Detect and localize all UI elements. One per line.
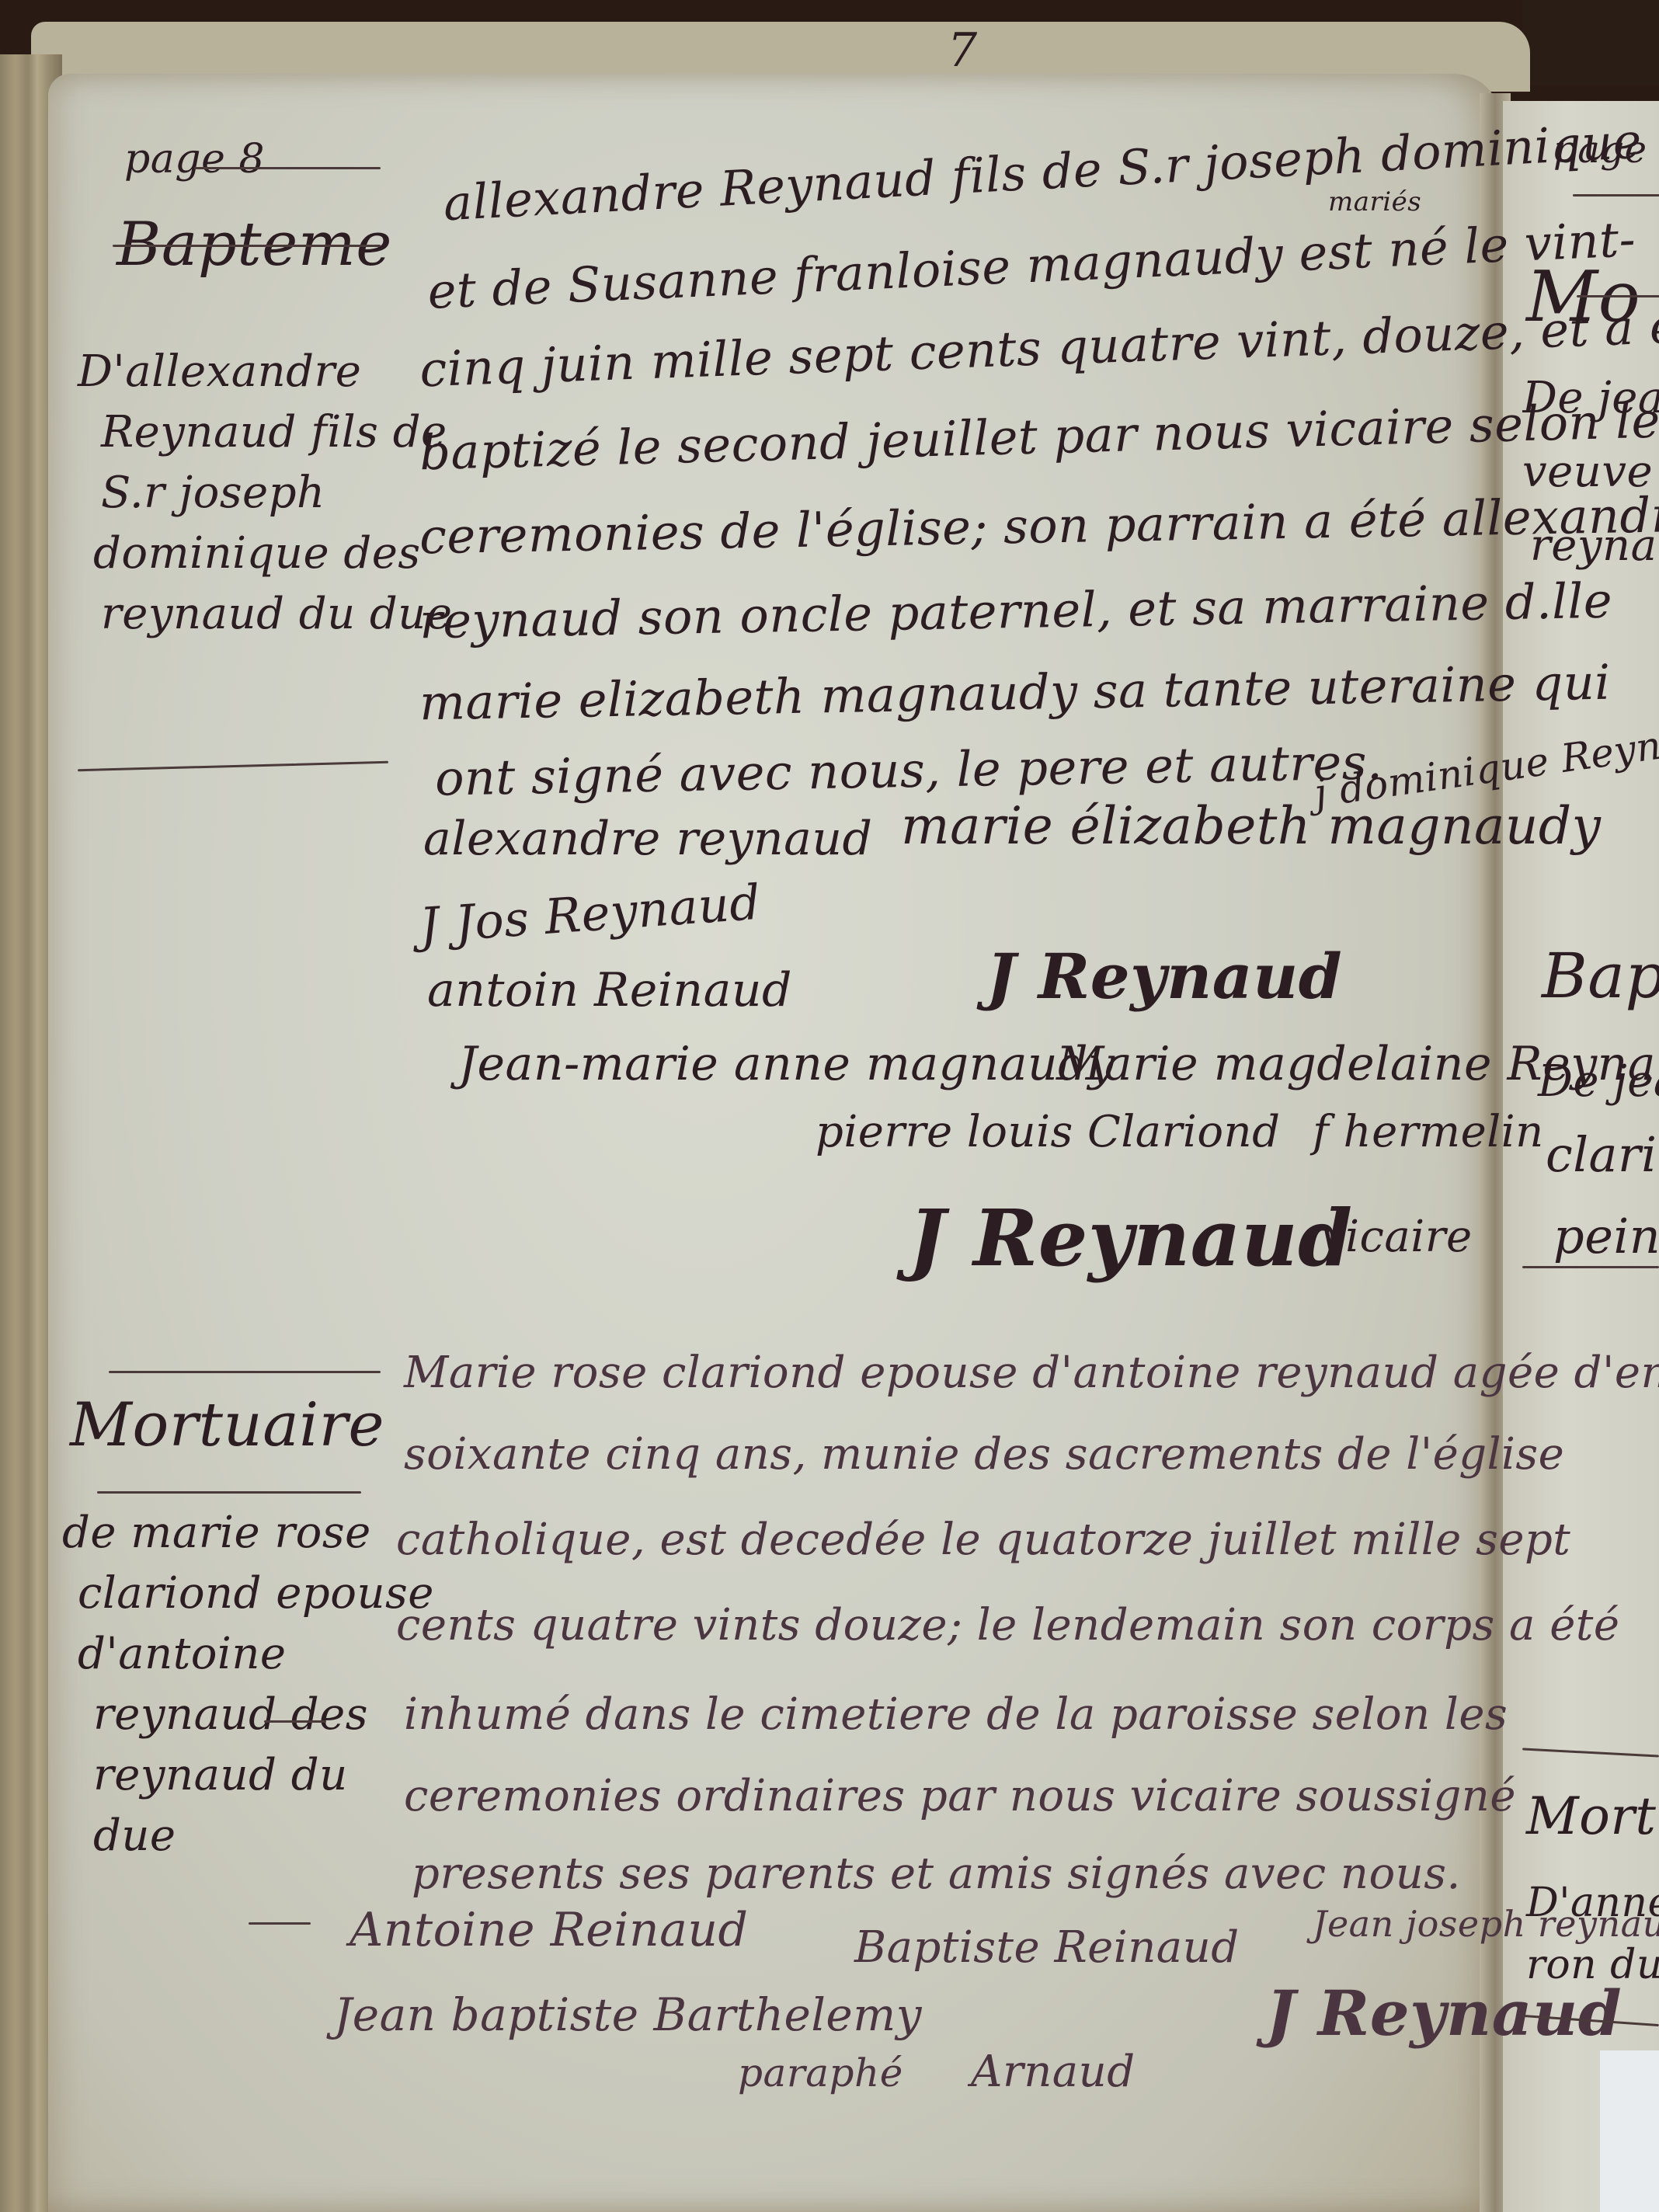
vicar-title: vicaire [1320, 1212, 1473, 1262]
margin-rule [1522, 1748, 1659, 1757]
entry-line: soixante cinq ans, munie des sacrements … [404, 1429, 1564, 1480]
margin-line: Reynaud fils de [101, 402, 452, 463]
facing-fragment: Bap [1542, 940, 1659, 1012]
facing-fragment: veuve [1522, 447, 1653, 497]
entry-line: cents quatre vints douze; le lendemain s… [396, 1600, 1619, 1650]
facing-fragment: pein [1553, 1208, 1659, 1264]
folio-mark: 7 [948, 23, 978, 78]
signature: Jean baptiste Barthelemy [334, 1988, 922, 2041]
margin-rule [1522, 2015, 1659, 2026]
margin-rule [1573, 194, 1659, 197]
paraphe-label: paraphé [738, 2050, 903, 2095]
margin-rule [109, 1371, 381, 1373]
margin-rule [113, 245, 381, 247]
margin-rule [97, 1491, 361, 1494]
margin-rule [1577, 295, 1659, 297]
signature: marie élizabeth magnaudy [901, 796, 1601, 856]
margin-line: reynaud du due [101, 584, 452, 645]
margin-dash [249, 1922, 311, 1925]
margin-rule [1522, 1266, 1659, 1268]
facing-fragment: De jean [1522, 373, 1659, 423]
entry-line: presents ses parents et amis signés avec… [412, 1849, 1461, 1899]
signature: f hermelin [1313, 1107, 1544, 1157]
entry-line: catholique, est decedée le quatorze juil… [396, 1515, 1570, 1565]
margin-line: reynaud du [93, 1745, 434, 1806]
facing-fragment: reynau [1530, 520, 1659, 571]
signature: Baptiste Reinaud [854, 1922, 1240, 1973]
vicar-signature: J Reynaud [909, 1192, 1353, 1284]
facing-page-fragments: page Mo De jean veuve reynau Bap De jea … [1522, 0, 1659, 2212]
margin-line: d'antoine [78, 1624, 434, 1685]
margin-line: S.r joseph [101, 463, 452, 523]
facing-fragment: De jea [1538, 1056, 1659, 1107]
signature: Antoine Reinaud [350, 1903, 748, 1957]
facing-fragment: Mortu [1526, 1786, 1659, 1846]
facing-page-label: page [1553, 128, 1647, 172]
facing-fragment: ron duc [1526, 1942, 1659, 1988]
entry-line: Marie rose clariond epouse d'antoine rey… [404, 1348, 1659, 1398]
burial-margin-summary: de marie rose clariond epouse d'antoine … [62, 1503, 434, 1866]
signature: Jean-marie anne magnaudy [458, 1037, 1115, 1091]
entry-line: inhumé dans le cimetiere de la paroisse … [404, 1689, 1508, 1740]
signature: pierre louis Clariond [816, 1107, 1280, 1157]
signature: J Reynaud [986, 940, 1342, 1013]
paraphe-signature: Arnaud [971, 2047, 1136, 2097]
margin-line: clariond epouse [78, 1563, 434, 1624]
margin-line: due [93, 1806, 434, 1866]
margin-line: reynaud des [93, 1685, 434, 1745]
facing-fragment: D'anne [1526, 1880, 1659, 1926]
margin-rule [194, 167, 381, 169]
facing-fragment: clari [1546, 1126, 1657, 1183]
margin-dash [264, 1720, 326, 1723]
interlinear-note: mariés [1328, 186, 1421, 217]
margin-line: dominique des [93, 523, 452, 584]
baptism-margin-summary: D'allexandre Reynaud fils de S.r joseph … [78, 342, 452, 645]
signature: antoin Reinaud [427, 963, 792, 1017]
entry-line: ceremonies ordinaires par nous vicaire s… [404, 1771, 1516, 1821]
signature: alexandre reynaud [423, 812, 872, 866]
page-label: page 8 [124, 136, 265, 183]
margin-line: de marie rose [62, 1503, 434, 1563]
margin-line: D'allexandre [78, 342, 452, 402]
burial-margin-title: Mortuaire [70, 1390, 384, 1460]
